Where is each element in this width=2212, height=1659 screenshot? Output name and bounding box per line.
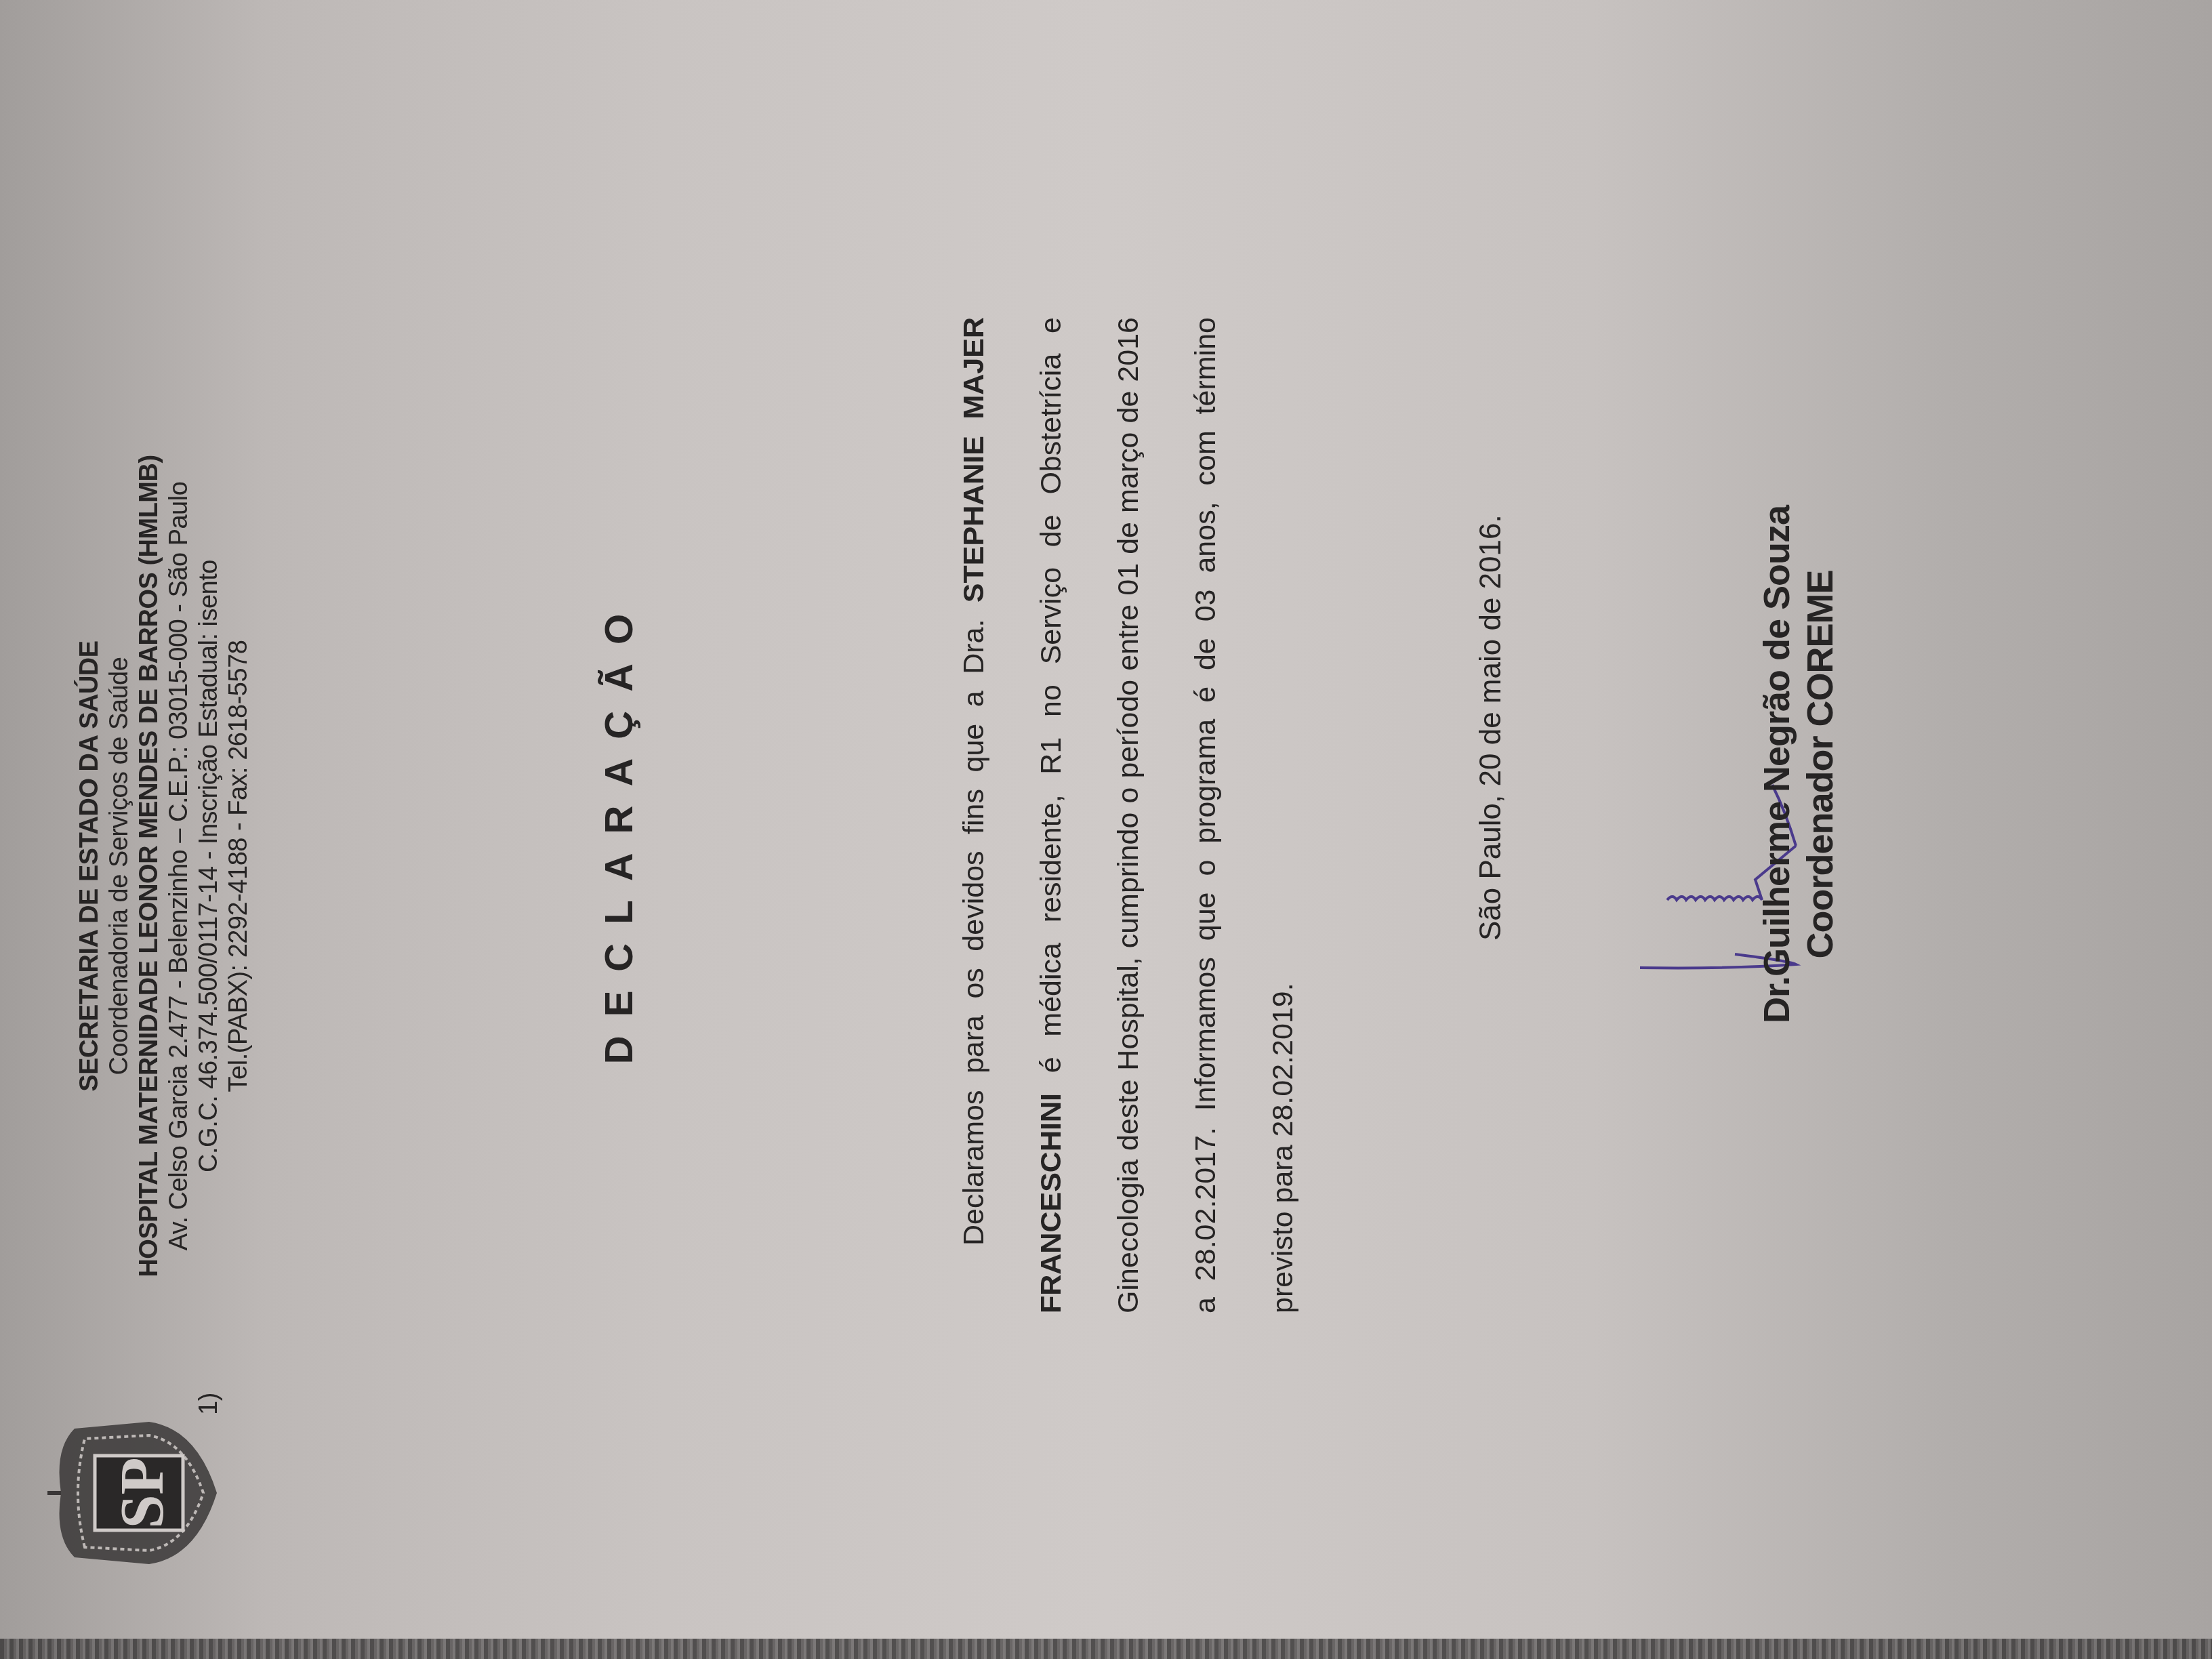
- declaration-body: Declaramos para os devidos fins que a Dr…: [935, 317, 1322, 1313]
- document-photo: SP SECRETARIA DE ESTADO DA SAÚDE Coorden…: [0, 0, 2212, 1659]
- hospital-registration: 1) C.G.C. 46.374.500/0117-14 - Inscrição…: [194, 358, 224, 1374]
- hospital-phone: Tel.(PABX): 2292-4188 - Fax: 2618-5578: [224, 358, 253, 1374]
- sp-coat-of-arms-icon: SP: [47, 1408, 224, 1578]
- document-title: DECLARAÇÃO: [596, 0, 642, 1659]
- hospital-name: HOSPITAL MATERNIDADE LEONOR MENDES DE BA…: [134, 358, 164, 1374]
- hospital-address: Av. Celso Garcia 2.477 - Belenzinho – C.…: [164, 358, 194, 1374]
- agency-name: SECRETARIA DE ESTADO DA SAÚDE: [75, 358, 104, 1374]
- letterhead-text: SECRETARIA DE ESTADO DA SAÚDE Coordenado…: [75, 358, 253, 1374]
- signer-name: Dr.Guilherme Negrão de Souza: [1755, 426, 1799, 1103]
- signer-block: Dr.Guilherme Negrão de Souza Coordenador…: [1755, 426, 1842, 1103]
- place-and-date: São Paulo, 20 de maio de 2016.: [1474, 514, 1508, 941]
- declaration-page: SP SECRETARIA DE ESTADO DA SAÚDE Coorden…: [0, 0, 2212, 1659]
- signer-title: Coordenador COREME: [1799, 426, 1842, 1103]
- agency-subdivision: Coordenadoria de Serviços de Saúde: [104, 358, 134, 1374]
- table-edge: [0, 1639, 2212, 1659]
- list-number: 1): [194, 1393, 224, 1415]
- body-text-main: é médica residente, R1 no Serviço de Obs…: [1035, 317, 1299, 1313]
- registration-text: C.G.C. 46.374.500/0117-14 - Inscrição Es…: [194, 560, 223, 1172]
- body-text-intro: Declaramos para os devidos fins que a Dr…: [958, 602, 990, 1246]
- svg-text:SP: SP: [109, 1457, 176, 1528]
- letterhead: SP SECRETARIA DE ESTADO DA SAÚDE Coorden…: [47, 290, 291, 1578]
